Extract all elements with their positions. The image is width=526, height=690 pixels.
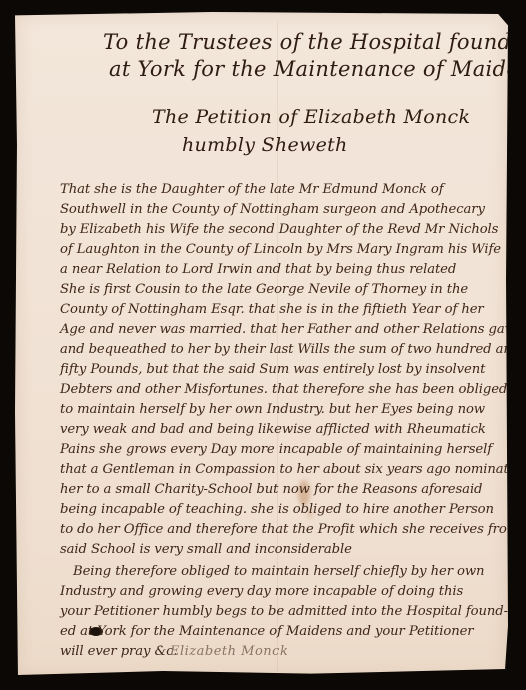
body-line: She is first Cousin to the late George N… bbox=[60, 282, 468, 297]
body-line: Southwell in the County of Nottingham su… bbox=[60, 202, 485, 217]
body-line: to maintain herself by her own Industry.… bbox=[60, 402, 485, 417]
petition-subheading: humbly Sheweth bbox=[182, 134, 348, 156]
body-line: of Laughton in the County of Lincoln by … bbox=[60, 242, 501, 257]
body-line: by Elizabeth his Wife the second Daughte… bbox=[60, 222, 498, 237]
body-line: fifty Pounds, but that the said Sum was … bbox=[60, 362, 485, 377]
body-line: her to a small Charity-School but now fo… bbox=[60, 482, 482, 497]
body-line: being incapable of teaching. she is obli… bbox=[60, 502, 494, 517]
body-line: ed at York for the Maintenance of Maiden… bbox=[60, 624, 474, 639]
body-line: that a Gentleman in Compassion to her ab… bbox=[60, 462, 525, 477]
address-line-2: at York for the Maintenance of Maidens. bbox=[109, 57, 526, 81]
body-line: to do her Office and therefore that the … bbox=[60, 522, 526, 537]
body-line: will ever pray &c. bbox=[60, 644, 177, 659]
body-line: Age and never was married. that her Fath… bbox=[60, 322, 520, 337]
body-line: Being therefore obliged to maintain hers… bbox=[73, 564, 484, 579]
body-line: very weak and bad and being likewise aff… bbox=[60, 422, 486, 437]
body-line: your Petitioner humbly begs to be admitt… bbox=[60, 604, 508, 619]
body-line: Industry and growing every day more inca… bbox=[60, 584, 463, 599]
address-line-1: To the Trustees of the Hospital founded bbox=[103, 30, 526, 54]
body-line: County of Nottingham Esqr. that she is i… bbox=[60, 302, 484, 317]
body-line: and bequeathed to her by their last Will… bbox=[60, 342, 520, 357]
paper-sheet: To the Trustees of the Hospital founded … bbox=[15, 12, 508, 679]
body-line: said School is very small and inconsider… bbox=[60, 542, 352, 557]
body-line: a near Relation to Lord Irwin and that b… bbox=[60, 262, 456, 277]
body-line: Pains she grows every Day more incapable… bbox=[60, 442, 492, 457]
body-line: Debters and other Misfortunes. that ther… bbox=[60, 382, 507, 397]
body-line: That she is the Daughter of the late Mr … bbox=[60, 182, 444, 197]
signature: Elizabeth Monck bbox=[170, 644, 288, 659]
document-scan-frame: To the Trustees of the Hospital founded … bbox=[0, 0, 526, 690]
petition-heading: The Petition of Elizabeth Monck bbox=[152, 106, 470, 128]
